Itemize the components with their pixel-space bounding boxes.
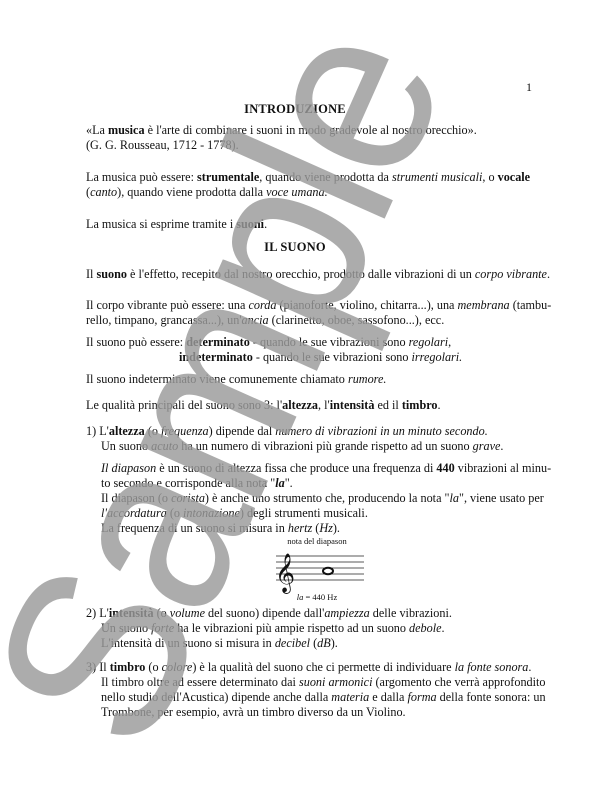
quote-line: «La musica è l'arte di combinare i suoni… [86,123,556,139]
heading-introduzione: INTRODUZIONE [0,102,590,117]
diapason-line-2: to secondo e corrisponde alla nota "la". [101,476,571,492]
item-intensita: 2) L'intensità (o volume del suono) dipe… [86,606,556,622]
quote-attribution: (G. G. Rousseau, 1712 - 1778). [86,138,556,154]
item-intensita-3: L'intensità di un suono si misura in dec… [101,636,571,652]
item-timbro-3: nello studio dell'Acustica) dipende anch… [101,690,571,706]
heading-il-suono: IL SUONO [0,240,590,255]
diapason-line-4: l'accordatura (o intonazione) degli stru… [101,506,571,522]
paragraph-music-types-2: (canto), quando viene prodotta dalla voc… [86,185,556,201]
paragraph-corpo-vibrante: Il corpo vibrante può essere: una corda … [86,298,556,314]
diapason-line-5: La frequenza di un suono si misura in he… [101,521,571,537]
item-altezza-2: Un suono acuto ha un numero di vibrazion… [101,439,571,455]
paragraph-corpo-vibrante-2: rello, timpano, grancassa...), un'ancia … [86,313,556,329]
paragraph-qualita: Le qualità principali del suono sono 3: … [86,398,556,414]
item-timbro: 3) Il timbro (o colore) è la qualità del… [86,660,556,676]
paragraph-music-types: La musica può essere: strumentale, quand… [86,170,556,186]
document-page: 1 INTRODUZIONE «La musica è l'arte di co… [0,0,590,800]
whole-note-icon [323,568,333,574]
item-altezza: 1) L'altezza (o frequenza) dipende dal n… [86,424,556,440]
item-timbro-2: Il timbro oltre ad essere determinato da… [101,675,571,691]
paragraph-rumore: Il suono indeterminato viene comunemente… [86,372,556,388]
item-timbro-4: Trombone, per esempio, avrà un timbro di… [101,705,571,721]
paragraph-suono-definition: Il suono è l'effetto, recepito dal nostr… [86,267,556,283]
paragraph-tipi-suono: Il suono può essere: determinato - quand… [86,335,556,351]
page-number: 1 [526,80,532,95]
treble-clef-icon: 𝄞 [275,553,295,594]
diapason-line-3: Il diapason (o corista) è anche uno stru… [101,491,571,507]
diapason-figure: nota del diapason 𝄞 la = 440 Hz [262,536,372,606]
item-intensita-2: Un suono forte ha le vibrazioni più ampi… [101,621,571,637]
paragraph-tipi-suono-2: indeterminato - quando le sue vibrazioni… [179,350,590,366]
paragraph-suoni: La musica si esprime tramite i suoni. [86,217,556,233]
figure-subcaption: la = 440 Hz [262,592,372,602]
diapason-line-1: Il diapason è un suono di altezza fissa … [101,461,571,477]
